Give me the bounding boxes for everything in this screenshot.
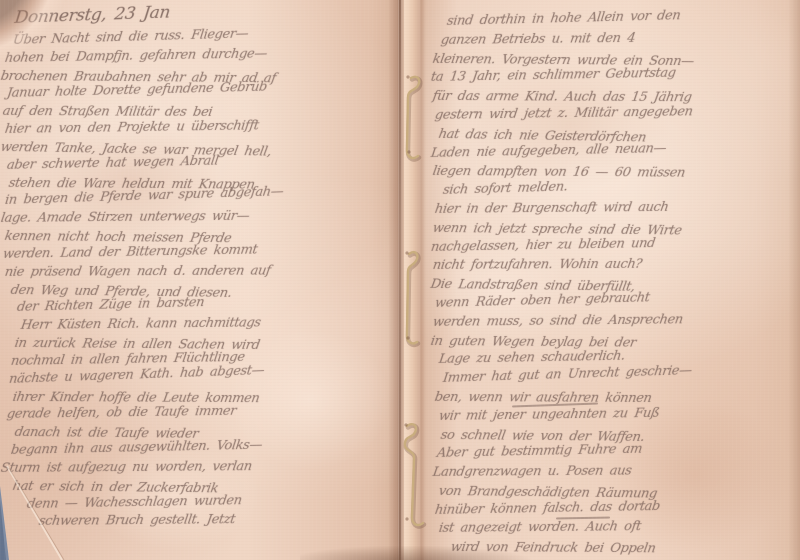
spine-highlight — [404, 0, 416, 560]
spine-crease — [399, 0, 401, 560]
diary-photo: Donnerstg, 23 Jan Über Nacht sind die ru… — [0, 0, 800, 560]
right-page — [420, 0, 800, 560]
left-page — [0, 0, 398, 560]
